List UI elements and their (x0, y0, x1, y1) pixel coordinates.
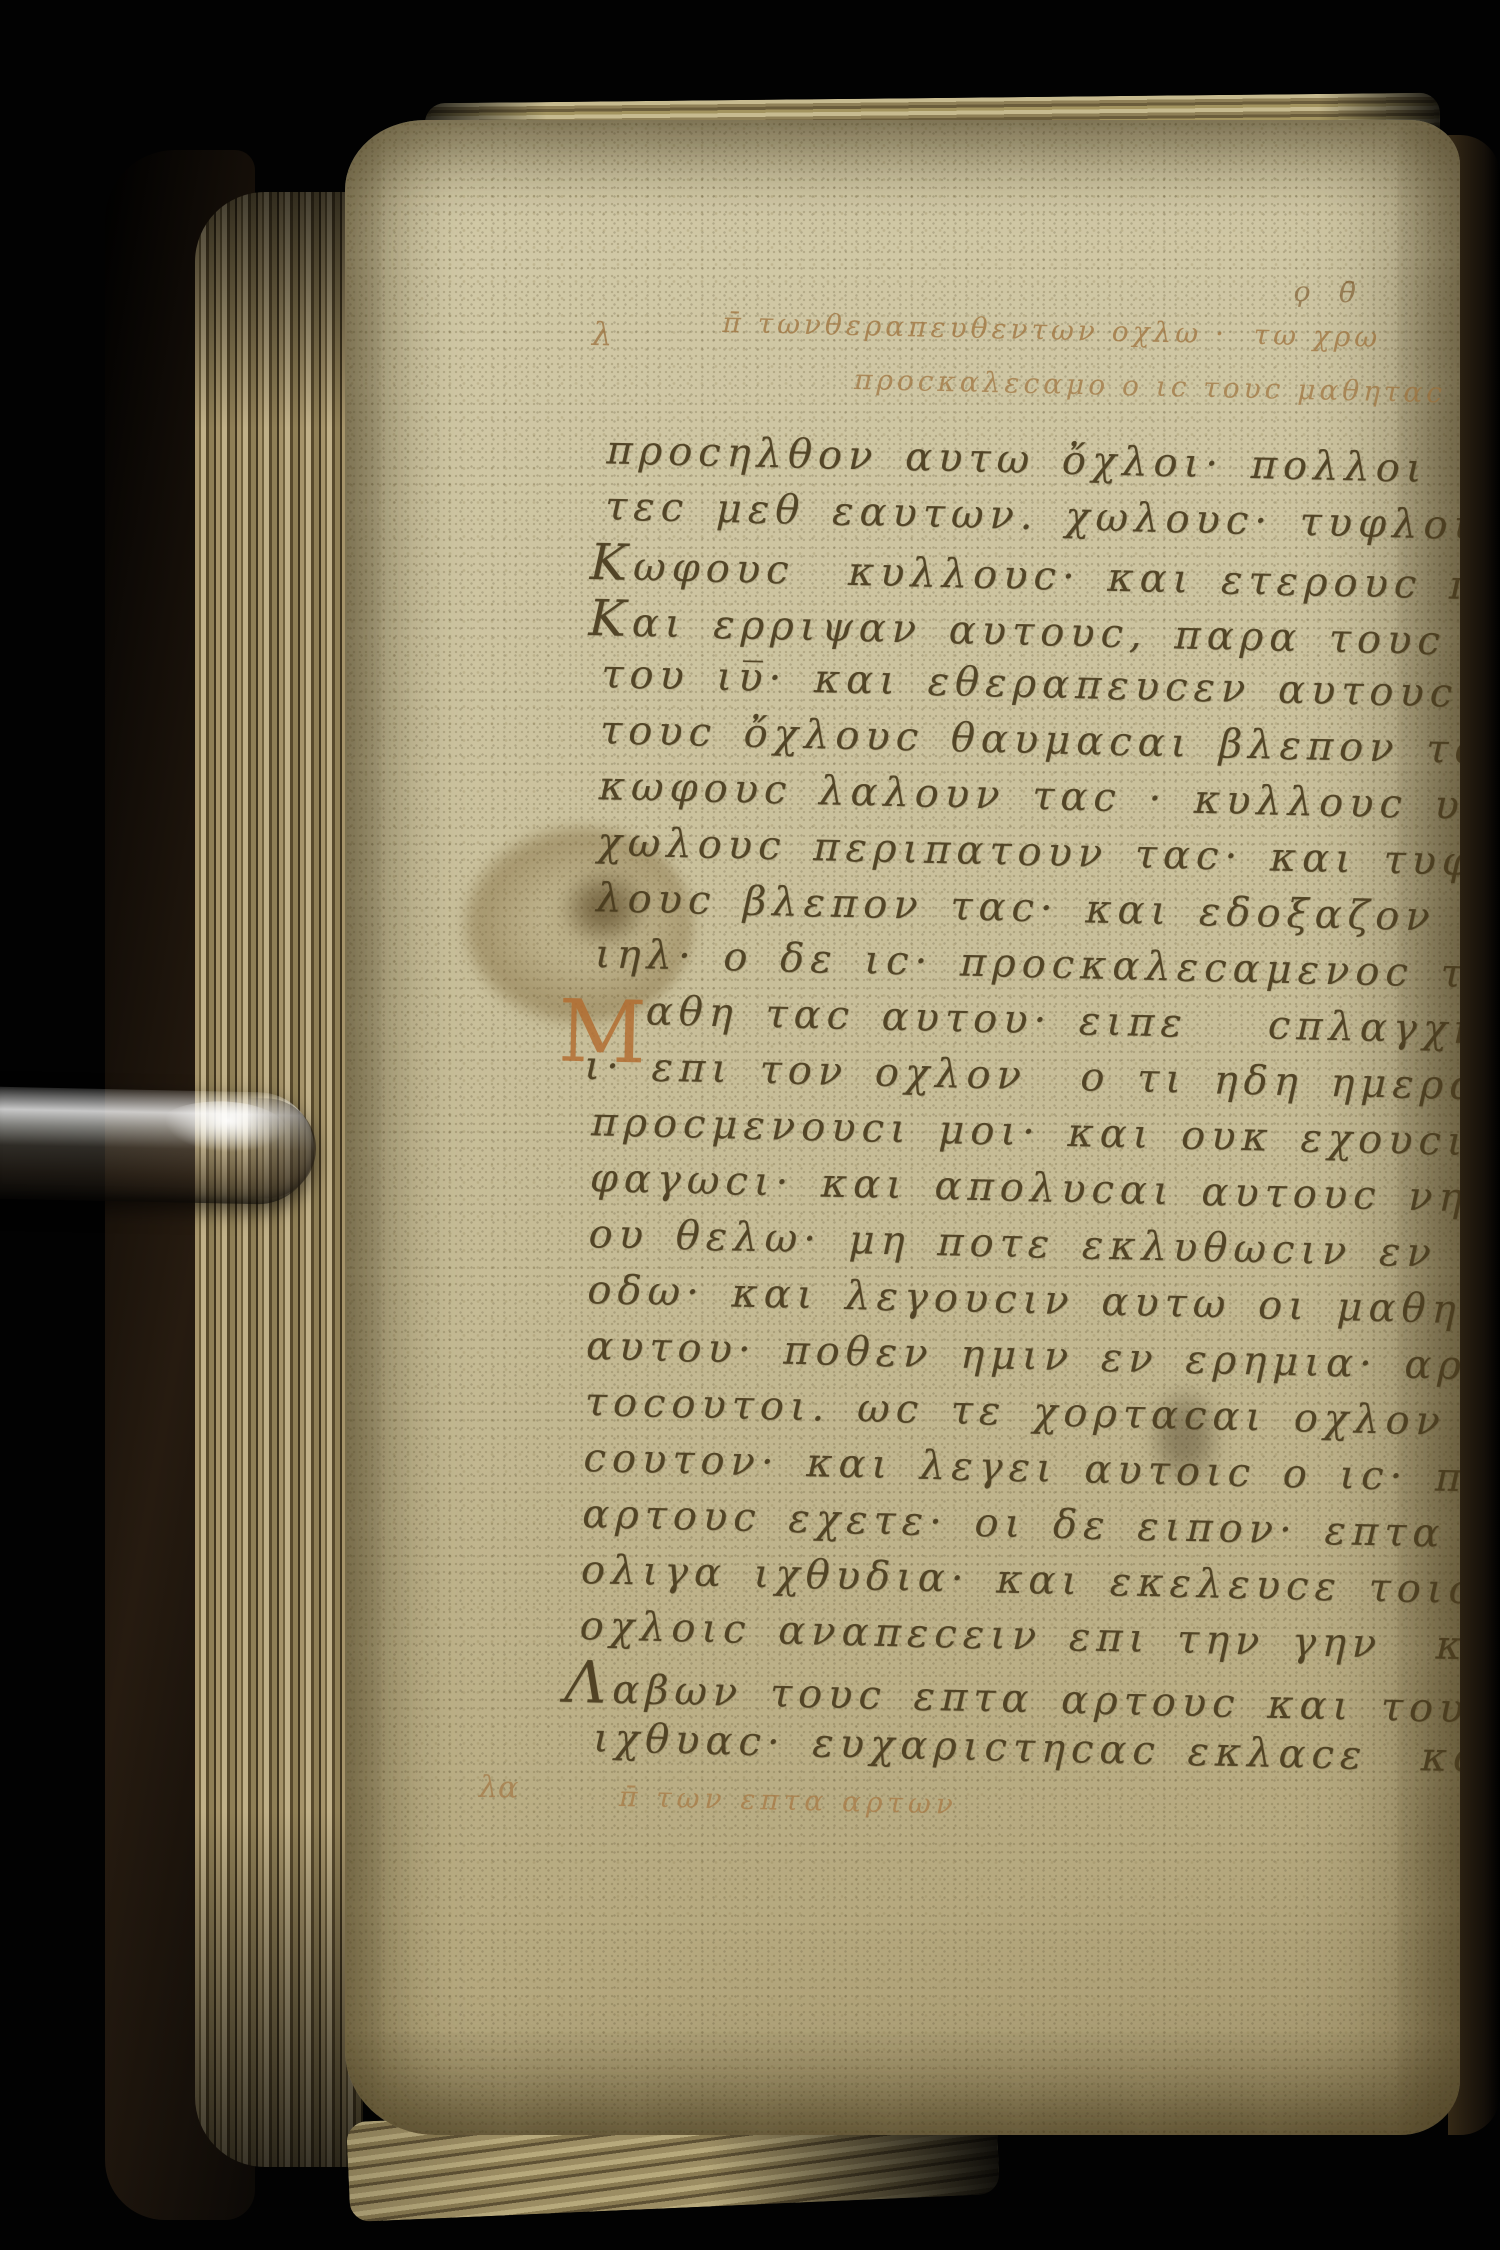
margin-chapter-numeral: λ (592, 315, 613, 353)
glass-rod-page-weight (0, 1087, 315, 1206)
manuscript-photo: ϙ θ̄ λ π̄ τωνθεραπευθεντων οχλω · τω χρω… (0, 0, 1500, 2250)
rubric-header-line-1: π̄ τωνθεραπευθεντων οχλω · τω χρω (722, 306, 1382, 354)
margin-chapter-numeral-bottom: λα (479, 1770, 519, 1806)
ink-layer: ϙ θ̄ λ π̄ τωνθεραπευθεντων οχλω · τω χρω… (345, 120, 1460, 2135)
parchment-page: ϙ θ̄ λ π̄ τωνθεραπευθεντων οχλω · τω χρω… (345, 120, 1460, 2135)
rubric-header-line-2: προϲκαλεϲαμο ο ιϲ τουϲ μαθηταϲ αυτου (854, 363, 1460, 412)
rubricated-initial: Μ (557, 988, 647, 1076)
main-text-block: προϲηλθον αυτω ὄχλοι· πολλοι εχοτεϲ μεθ … (563, 422, 1460, 1786)
quire-mark: ϙ θ̄ (1293, 275, 1366, 310)
rubric-footer-title: π̄ των επτα αρτων (619, 1780, 959, 1821)
